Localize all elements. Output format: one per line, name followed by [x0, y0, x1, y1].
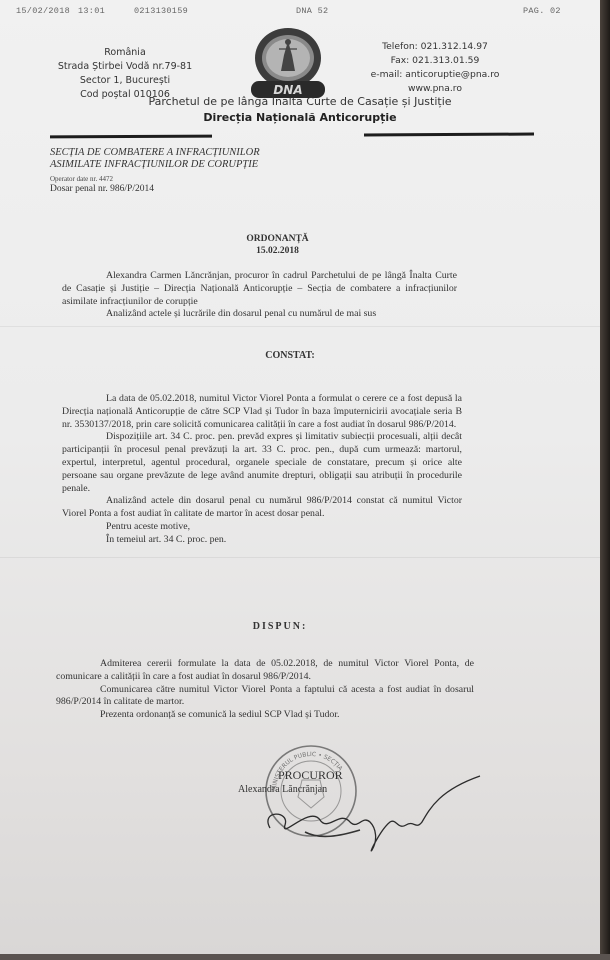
- dispun-body: Admiterea cererii formulate la data de 0…: [56, 658, 474, 722]
- document-page: 15/02/2018 13:01 0213130159 DNA 52 PAG. …: [0, 0, 600, 954]
- fax: Fax: 021.313.01.59: [360, 54, 510, 68]
- dispun-paragraph: Comunicarea către numitul Victor Viorel …: [56, 684, 474, 710]
- sector: Sector 1, București: [50, 74, 200, 88]
- phone: Telefon: 021.312.14.97: [360, 40, 510, 54]
- fax-time: 13:01: [78, 6, 105, 16]
- directorate-name: Direcția Națională Anticorupție: [0, 111, 600, 124]
- title-date: 15.02.2018: [0, 245, 555, 257]
- operator-number: Operator date nr. 4472: [50, 175, 113, 183]
- website: www.pna.ro: [360, 82, 510, 96]
- constat-body: La data de 05.02.2018, numitul Victor Vi…: [62, 393, 462, 547]
- intro-paragraph: Analizând actele și lucrările din dosaru…: [62, 308, 457, 321]
- letterhead-contact: Telefon: 021.312.14.97 Fax: 021.313.01.5…: [360, 40, 510, 96]
- fax-page: PAG. 02: [523, 6, 561, 16]
- header-divider-right: [364, 133, 534, 137]
- constat-paragraph: Dispozițiile art. 34 C. proc. pen. prevă…: [62, 431, 462, 495]
- dispun-paragraph: Prezenta ordonanță se comunică la sediul…: [56, 709, 474, 722]
- fax-number: 0213130159: [134, 6, 188, 16]
- constat-paragraph: Pentru aceste motive,: [62, 521, 462, 534]
- dispun-paragraph: Admiterea cererii formulate la data de 0…: [56, 658, 474, 684]
- country: România: [50, 46, 200, 60]
- constat-heading: CONSTAT:: [0, 350, 580, 361]
- letterhead-address: România Strada Știrbei Vodă nr.79-81 Sec…: [50, 46, 200, 102]
- document-title: ORDONANȚĂ 15.02.2018: [0, 233, 555, 257]
- constat-paragraph: La data de 05.02.2018, numitul Victor Vi…: [62, 393, 462, 431]
- intro: Alexandra Carmen Lăncrănjan, procuror în…: [62, 270, 457, 321]
- page-bottom-edge: [0, 954, 610, 960]
- fax-date: 15/02/2018: [16, 6, 70, 16]
- header-divider-left: [50, 135, 212, 139]
- section-line-2: ASIMILATE INFRACȚIUNILOR DE CORUPȚIE: [50, 159, 260, 171]
- dna-emblem-icon: DNA: [243, 25, 333, 105]
- intro-paragraph: Alexandra Carmen Lăncrănjan, procuror în…: [62, 270, 457, 308]
- section-line-1: SECȚIA DE COMBATERE A INFRACȚIUNILOR: [50, 147, 260, 159]
- title-name: ORDONANȚĂ: [0, 233, 555, 245]
- section-name: SECȚIA DE COMBATERE A INFRACȚIUNILOR ASI…: [50, 147, 260, 171]
- handwritten-signature-icon: [250, 770, 490, 860]
- institution-name: Parchetul de pe lângă Înalta Curte de Ca…: [0, 95, 600, 108]
- email: e-mail: anticoruptie@pna.ro: [360, 68, 510, 82]
- constat-paragraph: Analizând actele din dosarul penal cu nu…: [62, 495, 462, 521]
- constat-paragraph: În temeiul art. 34 C. proc. pen.: [62, 534, 462, 547]
- page-shadow-edge: [600, 0, 610, 960]
- fax-sender: DNA 52: [296, 6, 328, 16]
- street: Strada Știrbei Vodă nr.79-81: [50, 60, 200, 74]
- dispun-heading: DISPUN:: [0, 621, 560, 632]
- case-number: Dosar penal nr. 986/P/2014: [50, 184, 154, 194]
